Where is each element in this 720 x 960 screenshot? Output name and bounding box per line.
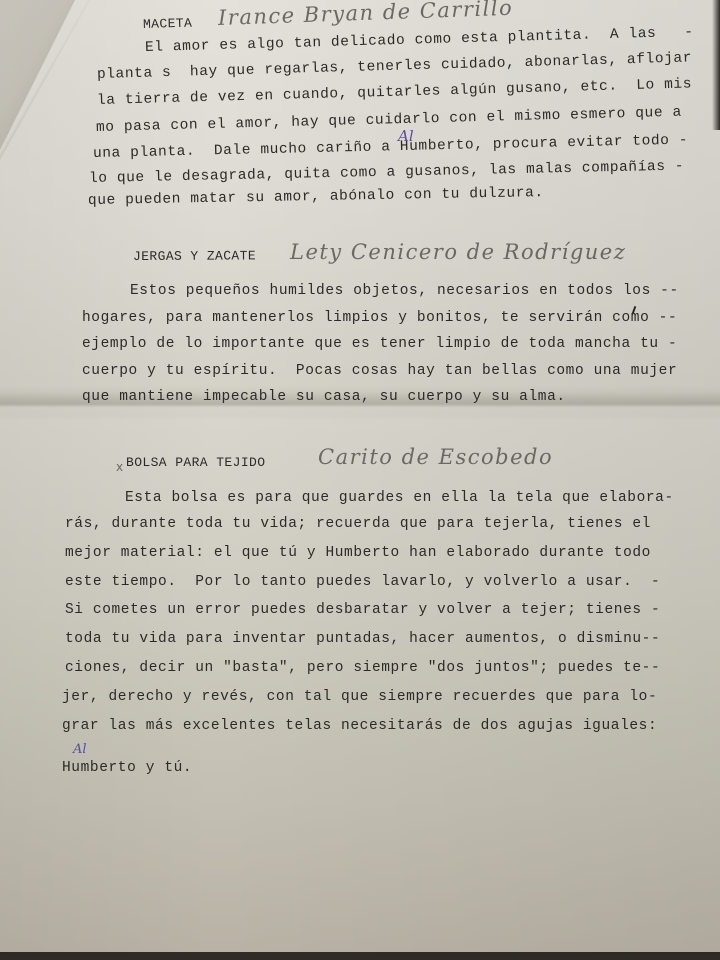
text-line: toda tu vida para inventar puntadas, hac… <box>65 631 660 647</box>
text-line: Estos pequeños humildes objetos, necesar… <box>130 283 679 299</box>
text-line: jer, derecho y revés, con tal que siempr… <box>62 689 657 705</box>
typewritten-page: MACETA Irance Bryan de Carrillo El amor … <box>0 0 720 955</box>
text-line: este tiempo. Por lo tanto puedes lavarlo… <box>65 574 660 590</box>
text-line: mejor material: el que tú y Humberto han… <box>65 545 651 561</box>
text-line: la tierra de vez en cuando, quitarles al… <box>97 76 693 109</box>
text-line: lo que le desagrada, quita como a gusano… <box>89 159 685 187</box>
text-line: grar las más excelentes telas necesitará… <box>62 718 657 734</box>
handwritten-signature: Lety Cenicero de Rodríguez <box>290 240 626 264</box>
table-surface <box>0 952 720 960</box>
section-heading: MACETA <box>143 16 193 32</box>
section-heading: JERGAS Y ZACATE <box>133 248 256 264</box>
handwritten-signature: Irance Bryan de Carrillo <box>218 0 514 30</box>
text-line: ejemplo de lo importante que es tener li… <box>82 336 677 352</box>
text-line: Humberto y tú. <box>62 760 192 776</box>
text-line: mo pasa con el amor, hay que cuidarlo co… <box>96 105 682 136</box>
pencil-x-mark: x <box>116 460 123 474</box>
text-line: rás, durante toda tu vida; recuerda que … <box>65 516 651 532</box>
purple-correction-annotation: Al <box>73 742 87 757</box>
text-line: una planta. Dale mucho cariño a Humberto… <box>93 132 689 162</box>
text-line: cuerpo y tu espíritu. Pocas cosas hay ta… <box>82 363 677 379</box>
text-line: Si cometes un error puedes desbaratar y … <box>65 602 660 618</box>
purple-correction-annotation: Al <box>398 127 414 145</box>
section-heading: BOLSA PARA TEJIDO <box>126 455 265 470</box>
text-line: que pueden matar su amor, abónalo con tu… <box>88 185 544 209</box>
text-line: ciones, decir un "basta", pero siempre "… <box>65 660 660 676</box>
page-edge-shadow <box>712 0 720 130</box>
text-line: hogares, para mantenerlos limpios y boni… <box>82 310 677 326</box>
handwritten-signature: Carito de Escobedo <box>318 445 553 469</box>
text-line: que mantiene impecable su casa, su cuerp… <box>82 389 566 405</box>
text-line: Esta bolsa es para que guardes en ella l… <box>125 490 674 506</box>
